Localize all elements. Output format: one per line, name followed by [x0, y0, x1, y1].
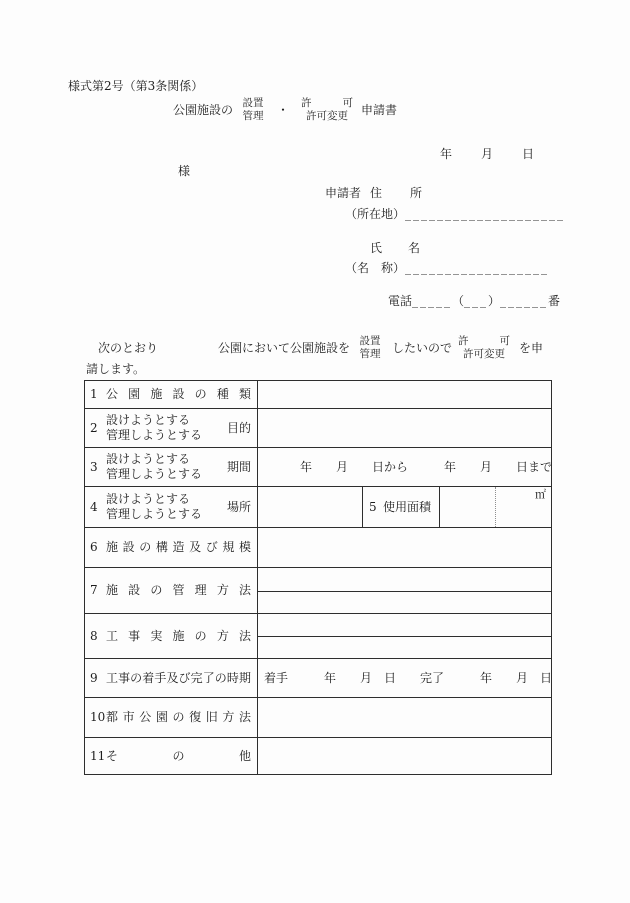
phone-fill-1: _____ [412, 294, 452, 308]
row2-label-line2: 管理しようとする [106, 428, 202, 443]
row1-number: 1 [90, 387, 106, 402]
row10-label-cell: 10 都市公園の復旧方法 [85, 698, 258, 737]
table-row: 1 公園施設の種類 [85, 381, 551, 409]
name-fill-line: __________________ [405, 261, 549, 275]
row6-value-cell [258, 528, 551, 567]
row9-dates-cell: 着手 年 月 日 完了 年 月 日 [258, 659, 551, 697]
row3-label-cell: 3 設けようとする 管理しようとする 期間 [85, 448, 258, 486]
address-fill-line: ____________________ [405, 207, 565, 221]
row7-label-cell: 7 施設の管理方法 [85, 568, 258, 613]
address-line-row: （所在地）____________________ [345, 207, 565, 222]
table-row: 9 工事の着手及び完了の時期 着手 年 月 日 完了 年 月 日 [85, 659, 551, 698]
applicant-address-row: 申請者 住所 [325, 186, 422, 201]
row8-value-cell [258, 614, 551, 658]
row5-label-cell: 5 使用面積 [363, 487, 440, 527]
title-suffix: 申請書 [361, 103, 397, 118]
addressee-sama: 様 [178, 164, 190, 179]
body-intro: 次のとおり [98, 341, 158, 356]
row4-label-suffix: 場所 [227, 500, 251, 515]
phone-fill-3: ______ [500, 294, 548, 308]
row8-writing-rule [258, 636, 551, 637]
application-form-page: 様式第2号（第3条関係） 公園施設の 設置 管理 ・ 許可 許可変更 申請書 年… [0, 0, 630, 903]
title-option1-top: 設置 [241, 97, 265, 110]
row1-label: 公園施設の種類 [106, 387, 251, 402]
row4-label-line2: 管理しようとする [106, 507, 202, 522]
row2-label-cell: 2 設けようとする 管理しようとする 目的 [85, 409, 258, 447]
table-row: 4 設けようとする 管理しようとする 場所 5 使用面積 ㎡ [85, 487, 551, 528]
row4-label-line1: 設けようとする [106, 492, 202, 507]
name-label: 氏名 [370, 241, 420, 256]
row5-label: 使用面積 [383, 500, 431, 515]
row11-value-cell [258, 738, 551, 774]
row3-number: 3 [90, 460, 106, 475]
row9-label-cell: 9 工事の着手及び完了の時期 [85, 659, 258, 697]
row4-value-cell: 5 使用面積 ㎡ [258, 487, 551, 527]
phone-paren-close: ） [488, 294, 500, 308]
name-paren-label: （名 称） [345, 261, 405, 275]
row11-label-cell: 11 その他 [85, 738, 258, 774]
title-option1-bottom: 管理 [241, 110, 265, 123]
row2-value-cell [258, 409, 551, 447]
phone-suffix: 番 [548, 294, 560, 308]
title-option2-bottom: 許可変更 [301, 110, 353, 123]
body-mid: 公園において公園施設を [218, 341, 350, 356]
body-option2-bottom: 許可変更 [458, 348, 510, 361]
row10-number: 10 [90, 710, 106, 725]
applicant-label: 申請者 [325, 186, 361, 201]
row3-label-line1: 設けようとする [106, 452, 202, 467]
body-option2-top: 許可 [458, 335, 510, 348]
row6-number: 6 [90, 540, 106, 555]
row8-number: 8 [90, 629, 106, 644]
row7-writing-rule [258, 591, 551, 592]
row2-label-suffix: 目的 [227, 421, 251, 436]
body-after-option2: を申 [519, 341, 543, 356]
address-paren-label: （所在地） [345, 207, 405, 221]
title-option-setti-kanri: 設置 管理 [241, 97, 265, 123]
row4-label-cell: 4 設けようとする 管理しようとする 場所 [85, 487, 258, 527]
phone-paren-open: （ [452, 294, 464, 308]
row7-label: 施設の管理方法 [106, 583, 251, 598]
row4-place-cell [258, 487, 363, 527]
body-after-option1: したいので [392, 341, 452, 356]
date-line: 年月日 [440, 147, 534, 162]
row6-label: 施設の構造及び規模 [106, 540, 251, 555]
row3-period-cell: 年 月 日から 年 月 日まで [258, 448, 551, 486]
row8-label-cell: 8 工事実施の方法 [85, 614, 258, 658]
body-option-kyoka: 許可 許可変更 [458, 335, 510, 361]
title-separator-dot: ・ [277, 103, 289, 118]
row4-number: 4 [90, 500, 106, 515]
row10-label: 都市公園の復旧方法 [106, 710, 251, 725]
form-number: 様式第2号（第3条関係） [68, 79, 203, 94]
row1-label-cell: 1 公園施設の種類 [85, 381, 258, 408]
row7-value-cell [258, 568, 551, 613]
document-title: 公園施設の 設置 管理 ・ 許可 許可変更 申請書 [173, 96, 397, 124]
table-row: 8 工事実施の方法 [85, 614, 551, 659]
application-table: 1 公園施設の種類 2 設けようとする 管理しようとする 目的 3 設けよ [84, 380, 552, 775]
row2-number: 2 [90, 421, 106, 436]
title-option2-top: 許可 [301, 97, 353, 110]
title-option-kyoka: 許可 許可変更 [301, 97, 353, 123]
area-dotted-divider [495, 487, 496, 527]
title-prefix: 公園施設の [173, 103, 233, 118]
row5-number: 5 [369, 500, 383, 515]
body-paragraph-line2: 請します。 [86, 362, 145, 377]
row9-number: 9 [90, 671, 106, 686]
table-row: 11 その他 [85, 738, 551, 774]
row2-label-lines: 設けようとする 管理しようとする [106, 413, 202, 443]
body-option-setti-kanri: 設置 管理 [358, 335, 382, 361]
body-option1-bottom: 管理 [358, 348, 382, 361]
body-paragraph-line1: 次のとおり 公園において公園施設を 設置 管理 したいので 許可 許可変更 を申 [86, 332, 543, 364]
row5-value-cell: ㎡ [440, 487, 551, 527]
table-row: 2 設けようとする 管理しようとする 目的 [85, 409, 551, 448]
row3-label-line2: 管理しようとする [106, 467, 202, 482]
table-row: 7 施設の管理方法 [85, 568, 551, 614]
table-row: 3 設けようとする 管理しようとする 期間 年 月 日から 年 月 日まで [85, 448, 551, 487]
row11-number: 11 [90, 749, 106, 764]
phone-fill-2: ___ [464, 294, 488, 308]
name-line-row: （名 称）__________________ [345, 261, 549, 276]
phone-label: 電話 [388, 294, 412, 308]
row8-label: 工事実施の方法 [106, 629, 251, 644]
table-row: 10 都市公園の復旧方法 [85, 698, 551, 738]
row9-label: 工事の着手及び完了の時期 [106, 671, 251, 686]
row10-value-cell [258, 698, 551, 737]
row3-label-suffix: 期間 [227, 460, 251, 475]
row2-label-line1: 設けようとする [106, 413, 202, 428]
row1-value-cell [258, 381, 551, 408]
row4-label-lines: 設けようとする 管理しようとする [106, 492, 202, 522]
table-row: 6 施設の構造及び規模 [85, 528, 551, 568]
row3-label-lines: 設けようとする 管理しようとする [106, 452, 202, 482]
body-option1-top: 設置 [358, 335, 382, 348]
address-label: 住所 [370, 186, 422, 201]
phone-row: 電話_____（___）______番 [388, 294, 560, 309]
row6-label-cell: 6 施設の構造及び規模 [85, 528, 258, 567]
row7-number: 7 [90, 583, 106, 598]
row11-label: その他 [106, 749, 251, 764]
area-unit: ㎡ [535, 488, 546, 502]
